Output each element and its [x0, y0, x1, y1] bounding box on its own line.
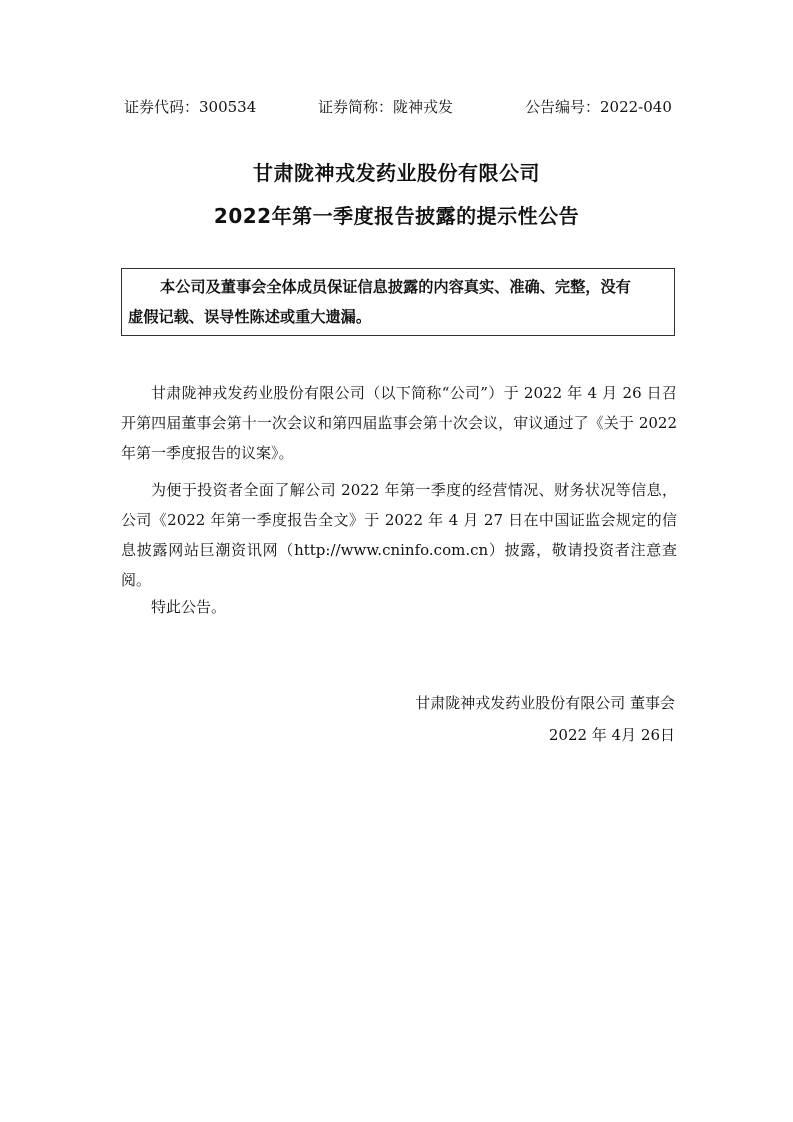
closing-remark: 特此公告。 — [121, 592, 677, 622]
signature-issuer: 甘肃陇神戎发药业股份有限公司 董事会 — [415, 692, 675, 713]
disclaimer-line-1: 本公司及董事会全体成员保证信息披露的内容真实、准确、完整，没有 — [128, 272, 668, 302]
announcement-title: 2022年第一季度报告披露的提示性公告 — [0, 200, 793, 229]
body-paragraph-1: 甘肃陇神戎发药业股份有限公司（以下简称“公司”）于 2022 年 4 月 26 … — [121, 378, 677, 468]
body-paragraph-2: 为便于投资者全面了解公司 2022 年第一季度的经营情况、财务状况等信息，公司《… — [121, 475, 677, 595]
signature-date: 2022 年 4月 26日 — [549, 724, 675, 745]
stock-code: 证券代码：300534 — [124, 96, 256, 117]
document-header: 证券代码：300534 证券简称：陇神戎发 公告编号：2022-040 — [0, 96, 793, 118]
disclaimer-line-2: 虚假记载、误导性陈述或重大遗漏。 — [128, 302, 668, 332]
announcement-number: 公告编号：2022-040 — [525, 96, 672, 117]
stock-name: 证券简称：陇神戎发 — [318, 96, 453, 117]
company-title: 甘肃陇神戎发药业股份有限公司 — [0, 157, 793, 186]
disclaimer-box: 本公司及董事会全体成员保证信息披露的内容真实、准确、完整，没有 虚假记载、误导性… — [121, 268, 675, 336]
